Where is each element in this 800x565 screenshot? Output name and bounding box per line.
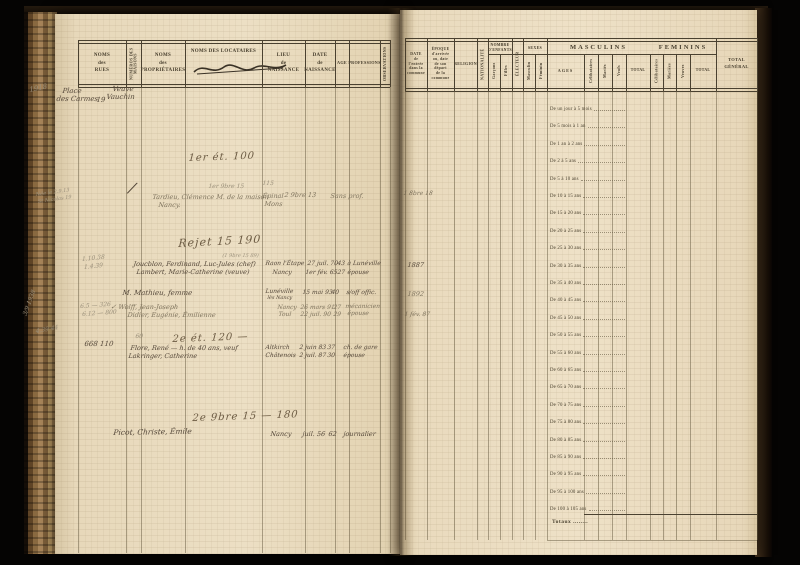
- col-header-age: AGE: [335, 43, 349, 84]
- dotted-leader: [583, 458, 625, 459]
- age-bracket-label: De 100 à 105 ans: [550, 507, 587, 512]
- rule-line: [663, 91, 664, 540]
- age-bracket-label: De 75 à 80 ans: [550, 420, 581, 425]
- dotted-leader: [578, 162, 625, 163]
- age-bracket-label: De 35 à 40 ans: [550, 281, 581, 286]
- age-bracket-label: De un jour à 5 mois: [550, 107, 592, 112]
- handwriting-text: Nancy.: [158, 201, 181, 209]
- group-header-sexes: SEXES: [523, 41, 547, 54]
- rule-line: [349, 40, 350, 87]
- age-bracket-label: De 20 à 25 ans: [550, 229, 581, 234]
- handwriting-text: Mons: [264, 200, 283, 208]
- age-row: De 15 à 20 ans: [550, 200, 626, 216]
- handwriting-text: 29: [333, 311, 341, 318]
- handwriting-text: Vauchin: [106, 93, 135, 101]
- rule-line: [78, 40, 390, 41]
- subcol-header-f-total: TOTAL: [690, 55, 716, 87]
- rule-line: [405, 91, 757, 92]
- rule-line: [427, 38, 428, 91]
- handwriting-text: épouse: [343, 352, 365, 359]
- rule-line: [454, 91, 455, 540]
- handwriting-text: journalier: [343, 430, 376, 438]
- age-row: De 70 à 75 ans: [550, 392, 626, 408]
- handwriting-text: 27 juil. 70: [307, 260, 338, 267]
- age-bracket-label: De 5 mois à 1 an: [550, 124, 586, 129]
- col-header-observations: OBSERVATIONS: [380, 43, 390, 84]
- rule-line: [78, 87, 79, 553]
- rule-line: [126, 40, 127, 87]
- dotted-leader: [583, 371, 625, 372]
- rule-line: [141, 87, 142, 553]
- age-row: De 10 à 15 ans: [550, 183, 626, 199]
- handwriting-text: (1 9bre 15 89): [222, 253, 259, 259]
- page-edge-strip: [38, 12, 43, 554]
- age-row: De 5 mois à 1 an: [550, 113, 626, 129]
- col-header-professions: PROFESSIONS: [349, 43, 380, 84]
- rule-line: [757, 38, 758, 91]
- rule-line: [78, 40, 79, 87]
- dotted-leader: [583, 441, 625, 442]
- handwriting-text: Lunéville: [265, 288, 294, 295]
- age-bracket-label: De 65 à 70 ans: [550, 385, 581, 390]
- rule-line: [262, 87, 263, 553]
- rule-line: [126, 87, 127, 553]
- handwriting-text: Raon l'Étape: [265, 260, 305, 267]
- handwriting-text: juil. 56: [302, 430, 326, 438]
- col-header-numeros-maisons: NUMÉROS DES MAISONS: [126, 43, 141, 84]
- subcol-header-f-veuves: Veuves: [676, 55, 690, 87]
- dotted-leader: [583, 232, 625, 233]
- rule-line: [650, 54, 651, 91]
- handwriting-text: 27: [333, 304, 341, 311]
- handwriting-text: 1er fév. 65: [305, 269, 338, 276]
- rule-line: [305, 40, 306, 87]
- dotted-leader: [588, 127, 625, 128]
- age-bracket-label: De 55 à 60 ans: [550, 351, 581, 356]
- dotted-leader: [583, 284, 625, 285]
- subcol-header-f-mariees: Mariées: [663, 55, 676, 87]
- age-bracket-label: De 15 à 20 ans: [550, 211, 581, 216]
- dotted-leader: [583, 336, 625, 337]
- rule-line: [547, 540, 757, 541]
- handwriting-text: épouse: [347, 310, 369, 317]
- handwriting-text: 1 fév. 87: [404, 311, 430, 318]
- handwriting-text: 43: [337, 260, 345, 267]
- rule-line: [78, 43, 390, 44]
- rule-line: [584, 54, 585, 91]
- rule-line: [690, 54, 691, 91]
- handwriting-text: Wolff, Jean-Joseph: [118, 303, 179, 311]
- rule-line: [535, 91, 536, 540]
- age-row: De 5 à 10 ans: [550, 166, 626, 182]
- handwriting-text: 37: [327, 344, 335, 351]
- page-edge-strip: [43, 12, 48, 554]
- subcol-header-ages: AGES: [547, 55, 584, 87]
- rule-line: [390, 40, 391, 87]
- group-header-nombre-enfants: NOMBRE D'ENFANTS: [488, 41, 512, 54]
- handwriting-text: Châtenois: [265, 352, 296, 359]
- header-scribble-ink: [190, 56, 290, 82]
- col-header-proprietaires: NOMS des PROPRIÉTAIRES: [141, 43, 185, 84]
- subcol-header-f-celibataires: Célibataires: [650, 55, 663, 87]
- dotted-leader: [584, 145, 625, 146]
- rule-line: [305, 87, 306, 553]
- age-row: De 45 à 50 ans: [550, 305, 626, 321]
- handwriting-text: 60: [135, 333, 143, 340]
- age-bracket-label: De 70 à 75 ans: [550, 403, 581, 408]
- handwriting-text: mécanicien: [345, 303, 380, 310]
- handwriting-text: Épinal: [262, 192, 284, 200]
- handwriting-text: lès Nancy: [267, 295, 293, 301]
- rule-line: [390, 87, 391, 553]
- age-row: De 1 an à 2 ans: [550, 131, 626, 147]
- rule-line: [612, 54, 613, 91]
- handwriting-text: Tardieu, Clémence M. de la maison: [152, 193, 269, 201]
- rule-line: [512, 91, 513, 540]
- handwriting-text: 1892: [407, 290, 424, 298]
- rule-line: [523, 91, 524, 540]
- age-row: De 85 à 90 ans: [550, 444, 626, 460]
- rule-line: [454, 38, 455, 91]
- rule-line: [663, 54, 664, 91]
- col-header-epoque-depart: ÉPOQUE d'arrivée ou, date de son départ …: [427, 41, 454, 87]
- group-header-masculins: MASCULINS: [547, 41, 650, 54]
- rule-line: [547, 38, 548, 91]
- rule-line: [500, 54, 501, 91]
- rule-line: [584, 514, 757, 515]
- rule-line: [380, 40, 381, 87]
- dotted-leader: [583, 214, 625, 215]
- handwriting-text: 26 mars 91: [300, 304, 335, 311]
- handwriting-text: épouse: [347, 269, 369, 276]
- handwriting-text: 27: [337, 269, 345, 276]
- handwriting-text: Joucblon, Ferdinand, Luc-Jules (chef): [133, 260, 256, 268]
- dotted-leader: [583, 249, 625, 250]
- handwriting-text: 62: [328, 430, 337, 438]
- age-bracket-label: De 10 à 15 ans: [550, 194, 581, 199]
- handwriting-text: 2 juil. 87: [299, 352, 326, 359]
- handwriting-text: 1er ét. 100: [188, 151, 255, 164]
- age-bracket-label: De 1 an à 2 ans: [550, 142, 582, 147]
- handwriting-text: Veuve: [112, 85, 134, 93]
- dotted-leader: [583, 423, 625, 424]
- age-row: De 25 à 30 ans: [550, 235, 626, 251]
- handwriting-text: s/off offic.: [346, 289, 377, 296]
- rule-line: [626, 54, 627, 91]
- col-header-total-general: TOTAL GÉNÉRAL: [716, 41, 757, 87]
- age-row: De 40 à 45 ans: [550, 287, 626, 303]
- rule-line: [488, 91, 489, 540]
- col-header-noms-rues: NOMS des RUES: [79, 43, 125, 84]
- subcol-header-garcons: Garçons: [488, 55, 500, 87]
- age-row: De 20 à 25 ans: [550, 218, 626, 234]
- rule-line: [141, 40, 142, 87]
- group-header-feminins: FEMININS: [650, 41, 716, 54]
- rule-line: [262, 40, 263, 87]
- subcol-header-feminin: Féminin: [535, 55, 547, 87]
- handwriting-text: M. Mathieu, femme: [122, 289, 193, 297]
- rule-line: [523, 38, 524, 91]
- age-row: De 90 à 95 ans: [550, 461, 626, 477]
- dotted-leader: [589, 510, 625, 511]
- totaux-label: Totaux ........: [552, 519, 588, 525]
- handwriting-text: 40: [331, 289, 339, 296]
- age-row: De un jour à 5 mois: [550, 96, 626, 112]
- rule-line: [598, 54, 599, 91]
- age-bracket-label: De 60 à 65 ans: [550, 368, 581, 373]
- col-header-nationalite: NATIONALITÉ: [477, 41, 488, 87]
- rule-line: [405, 38, 406, 91]
- rule-line: [716, 38, 717, 91]
- dotted-leader: [583, 197, 625, 198]
- handwriting-text: 1887: [407, 261, 424, 269]
- rule-line: [477, 38, 478, 91]
- rule-line: [690, 91, 691, 540]
- page-edge-strip: [48, 12, 52, 554]
- handwriting-text: Altkirch: [265, 344, 290, 351]
- handwriting-text: 1 8bre 18: [403, 190, 433, 197]
- handwriting-text: 668 110: [84, 340, 114, 348]
- rule-line: [626, 91, 627, 540]
- age-bracket-label: De 50 à 55 ans: [550, 333, 581, 338]
- rule-line: [535, 54, 536, 91]
- rule-line: [757, 91, 758, 540]
- rule-line: [405, 41, 757, 42]
- handwriting-text: des Carmes: [56, 95, 99, 103]
- subcol-header-m-veufs: Veufs: [612, 55, 626, 87]
- handwriting-text: à Lunéville: [347, 260, 381, 267]
- handwriting-text: 1er 9bre 15: [208, 183, 245, 190]
- rule-line: [512, 38, 513, 91]
- handwriting-text: 2 9bre 13: [284, 191, 317, 199]
- age-row: De 95 à 100 ans: [550, 479, 626, 495]
- rule-line: [676, 54, 677, 91]
- handwriting-text: Lakringer, Catherine: [128, 352, 198, 360]
- handwriting-text: 22 juil. 90: [300, 311, 331, 318]
- dotted-leader: [583, 319, 625, 320]
- handwriting-text: Didier, Eugénie, Émilienne: [127, 311, 216, 319]
- age-row: De 60 à 65 ans: [550, 357, 626, 373]
- age-row: De 75 à 80 ans: [550, 409, 626, 425]
- handwriting-text: 115: [262, 180, 274, 187]
- subcol-header-m-celibataires: Célibataires: [584, 55, 598, 87]
- subcol-header-filles: Filles: [500, 55, 512, 87]
- age-bracket-label: De 80 à 85 ans: [550, 438, 581, 443]
- dotted-leader: [581, 180, 625, 181]
- age-row: De 65 à 70 ans: [550, 374, 626, 390]
- handwriting-text: 30: [327, 352, 335, 359]
- age-row: De 80 à 85 ans: [550, 427, 626, 443]
- age-bracket-label: De 95 à 100 ans: [550, 490, 584, 495]
- rule-line: [584, 91, 585, 540]
- subcol-header-m-maries: Mariés: [598, 55, 612, 87]
- age-row: De 50 à 55 ans: [550, 322, 626, 338]
- age-bracket-label: De 45 à 50 ans: [550, 316, 581, 321]
- rule-line: [405, 88, 757, 89]
- dotted-leader: [586, 493, 625, 494]
- rule-line: [650, 91, 651, 540]
- dotted-leader: [583, 267, 625, 268]
- rule-line: [405, 38, 757, 39]
- page-edge-strip: [33, 12, 38, 554]
- dotted-leader: [583, 354, 625, 355]
- handwriting-text: ch. de gare: [343, 344, 378, 351]
- age-bracket-label: De 25 à 30 ans: [550, 246, 581, 251]
- rule-line: [335, 40, 336, 87]
- handwriting-text: 19: [96, 96, 106, 104]
- subcol-header-m-total: TOTAL: [626, 55, 650, 87]
- rule-line: [547, 91, 548, 540]
- dotted-leader: [583, 406, 625, 407]
- handwriting-text: 2 juin 83: [299, 344, 327, 351]
- dotted-leader: [583, 301, 625, 302]
- age-row: De 55 à 60 ans: [550, 340, 626, 356]
- handwriting-text: ✓: [110, 303, 117, 311]
- age-bracket-label: De 40 à 45 ans: [550, 298, 581, 303]
- page-edge-strip: [24, 12, 28, 554]
- handwriting-text: Flore, René — h. de 40 ans, veuf: [130, 344, 238, 352]
- col-header-electeur: ÉLECTEUR: [512, 41, 523, 87]
- handwriting-text: 15 mai 93: [302, 289, 333, 296]
- age-row: De 30 à 35 ans: [550, 253, 626, 269]
- handwriting-text: Toul: [278, 311, 292, 318]
- age-bracket-label: De 2 à 5 ans: [550, 159, 576, 164]
- rule-line: [612, 91, 613, 540]
- rule-line: [598, 91, 599, 540]
- handwriting-text: Place: [62, 87, 82, 95]
- handwriting-text: Nancy: [277, 304, 297, 311]
- handwriting-text: Picot, Christe, Émile: [113, 427, 192, 437]
- handwriting-text: Nancy: [270, 430, 292, 438]
- age-bracket-label: De 30 à 35 ans: [550, 264, 581, 269]
- dotted-leader: [583, 388, 625, 389]
- age-row: De 100 à 105 ans: [550, 496, 626, 512]
- dotted-leader: [583, 475, 625, 476]
- rule-line: [477, 91, 478, 540]
- rule-line: [185, 40, 186, 87]
- age-row: De 2 à 5 ans: [550, 148, 626, 164]
- subcol-header-masculin: Masculin: [523, 55, 535, 87]
- handwriting-text: Lambert, Marie-Catherine (veuve): [136, 268, 250, 276]
- book-photograph: NOMS des RUES NUMÉROS DES MAISONS NOMS d…: [0, 0, 800, 565]
- rule-line: [335, 87, 336, 553]
- age-bracket-label: De 5 à 10 ans: [550, 177, 579, 182]
- age-bracket-label: De 90 à 95 ans: [550, 472, 581, 477]
- handwriting-text: Nancy: [272, 269, 292, 276]
- rule-line: [716, 91, 717, 540]
- rule-line: [500, 91, 501, 540]
- handwriting-text: Sans prof.: [330, 192, 364, 200]
- col-header-date-entree: DATE de l'entrée dans la commune: [405, 41, 427, 87]
- rule-line: [185, 87, 186, 553]
- rule-line: [676, 91, 677, 540]
- col-header-religion: RELIGION: [454, 41, 477, 87]
- rule-line: [380, 87, 381, 553]
- age-row: De 35 à 40 ans: [550, 270, 626, 286]
- rule-line: [488, 38, 489, 91]
- col-header-date-naissance: DATE de NAISSANCE: [305, 43, 335, 84]
- age-bracket-label: De 85 à 90 ans: [550, 455, 581, 460]
- rule-line: [349, 87, 350, 553]
